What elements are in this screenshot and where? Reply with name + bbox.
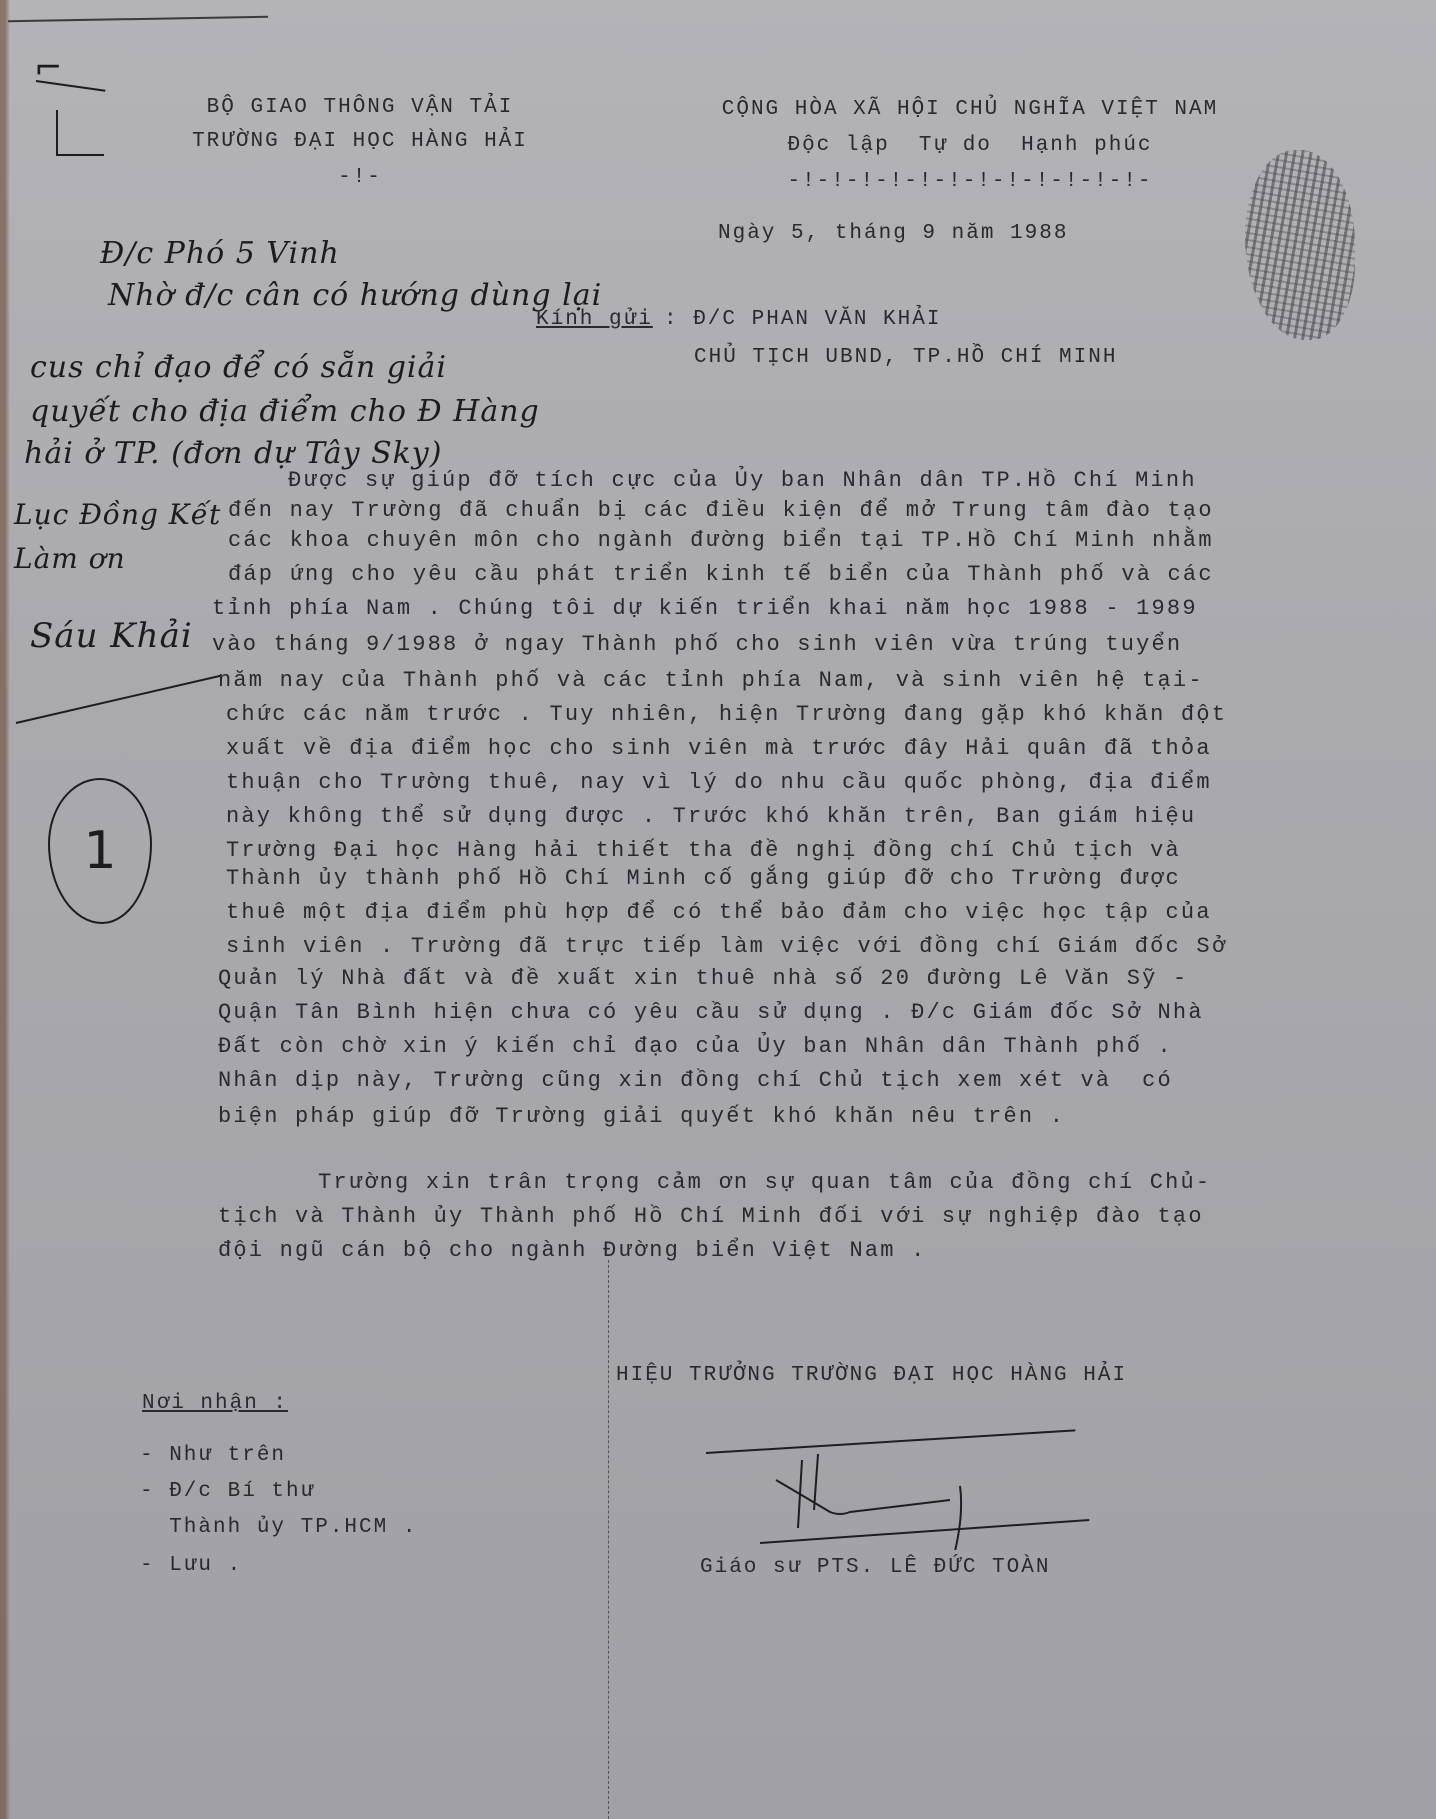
body-line: này không thể sử dụng được . Trước khó k…: [226, 804, 1196, 829]
national-motto: Độc lập Tự do Hạnh phúc: [670, 134, 1270, 157]
circled-number-text: 1: [83, 821, 116, 881]
binder-edge: [0, 0, 10, 1819]
body-line: đến nay Trường đã chuẩn bị các điều kiện…: [228, 498, 1214, 523]
body-line: Quản lý Nhà đất và đề xuất xin thuê nhà …: [218, 966, 1188, 991]
margin-signature: Sáu Khải: [30, 616, 193, 656]
recipients-title: Nơi nhận :: [142, 1392, 288, 1415]
margin-note-line-2: Làm ơn: [14, 542, 126, 575]
body-line: các khoa chuyên môn cho ngành đường biển…: [228, 528, 1214, 553]
body-line: xuất về địa điểm học cho sinh viên mà tr…: [226, 736, 1212, 761]
corner-l-vertical: [56, 110, 58, 154]
body-line: tịch và Thành ủy Thành phố Hồ Chí Minh đ…: [218, 1204, 1204, 1229]
body-line: sinh viên . Trường đã trực tiếp làm việc…: [226, 934, 1227, 959]
body-line: Trường Đại học Hàng hải thiết tha đề ngh…: [226, 838, 1181, 863]
handwritten-note-line-4: quyết cho địa điểm cho Đ Hàng: [30, 394, 540, 429]
republic-title: CỘNG HÒA XÃ HỘI CHỦ NGHĨA VIỆT NAM: [670, 98, 1270, 121]
signer-name: Giáo sư PTS. LÊ ĐỨC TOÀN: [700, 1556, 1050, 1579]
body-line: Trường xin trân trọng cảm ơn sự quan tâm…: [318, 1170, 1211, 1195]
body-line: vào tháng 9/1988 ở ngay Thành phố cho si…: [212, 632, 1182, 657]
circled-number: 1: [48, 778, 152, 924]
body-line: Thành ủy thành phố Hồ Chí Minh cố gắng g…: [226, 866, 1181, 891]
body-line: thuê một địa điểm phù hợp để có thể bảo …: [226, 900, 1212, 925]
recipient-label: Kính gửi: [536, 308, 653, 331]
school-name: TRƯỜNG ĐẠI HỌC HÀNG HẢI: [150, 130, 570, 153]
body-line: tỉnh phía Nam . Chúng tôi dự kiến triển …: [212, 596, 1198, 621]
recipient-item: - Như trên: [140, 1444, 286, 1467]
margin-underline-stroke: [16, 675, 221, 724]
signature-title: HIỆU TRƯỞNG TRƯỜNG ĐẠI HỌC HÀNG HẢI: [616, 1364, 1127, 1387]
recipient-name: : Đ/C PHAN VĂN KHẢI: [664, 308, 941, 331]
margin-note-line-1: Lục Đồng Kết: [14, 498, 221, 531]
ink-smudge: [1245, 150, 1355, 340]
handwritten-note-line-5: hải ở TP. (đơn dự Tây Sky): [24, 436, 442, 471]
body-line: Đất còn chờ xin ý kiến chỉ đạo của Ủy ba…: [218, 1034, 1173, 1059]
body-line: Quận Tân Bình hiện chưa có yêu cầu sử dụ…: [218, 1000, 1204, 1025]
corner-l-stroke: [56, 154, 104, 156]
handwritten-note-line-2: Nhờ đ/c cân có hướng dùng lại: [108, 278, 602, 313]
body-line: Nhân dịp này, Trường cũng xin đồng chí C…: [218, 1068, 1173, 1093]
handwritten-note-line-3: cus chỉ đạo để có sẵn giải: [30, 350, 447, 385]
handwritten-note-line-1: Đ/c Phó 5 Vinh: [100, 236, 340, 271]
fold-line: [608, 1260, 609, 1819]
body-line: chức các năm trước . Tuy nhiên, hiện Trư…: [226, 702, 1227, 727]
scanned-letter-page: ⌐ BỘ GIAO THÔNG VẬN TẢI TRƯỜNG ĐẠI HỌC H…: [0, 0, 1436, 1819]
top-margin-stroke: [8, 16, 268, 23]
header-right-separator: -!-!-!-!-!-!-!-!-!-!-!-!-: [670, 170, 1270, 193]
header-left-separator: -!-: [150, 166, 570, 189]
document-date: Ngày 5, tháng 9 năm 1988: [718, 222, 1068, 245]
ministry-name: BỘ GIAO THÔNG VẬN TẢI: [150, 96, 570, 119]
recipient-title: CHỦ TỊCH UBND, TP.HỒ CHÍ MINH: [694, 346, 1117, 369]
body-line: đáp ứng cho yêu cầu phát triển kinh tế b…: [228, 562, 1214, 587]
recipient-item: - Đ/c Bí thư: [140, 1480, 315, 1503]
body-line: năm nay của Thành phố và các tỉnh phía N…: [218, 668, 1204, 693]
body-line: đội ngũ cán bộ cho ngành Đường biển Việt…: [218, 1238, 927, 1263]
body-line: Được sự giúp đỡ tích cực của Ủy ban Nhân…: [288, 468, 1197, 493]
recipient-item: - Lưu .: [140, 1554, 242, 1577]
body-line: thuận cho Trường thuê, nay vì lý do nhu …: [226, 770, 1212, 795]
recipient-item: Thành ủy TP.HCM .: [140, 1516, 417, 1539]
body-line: biện pháp giúp đỡ Trường giải quyết khó …: [218, 1104, 1065, 1129]
